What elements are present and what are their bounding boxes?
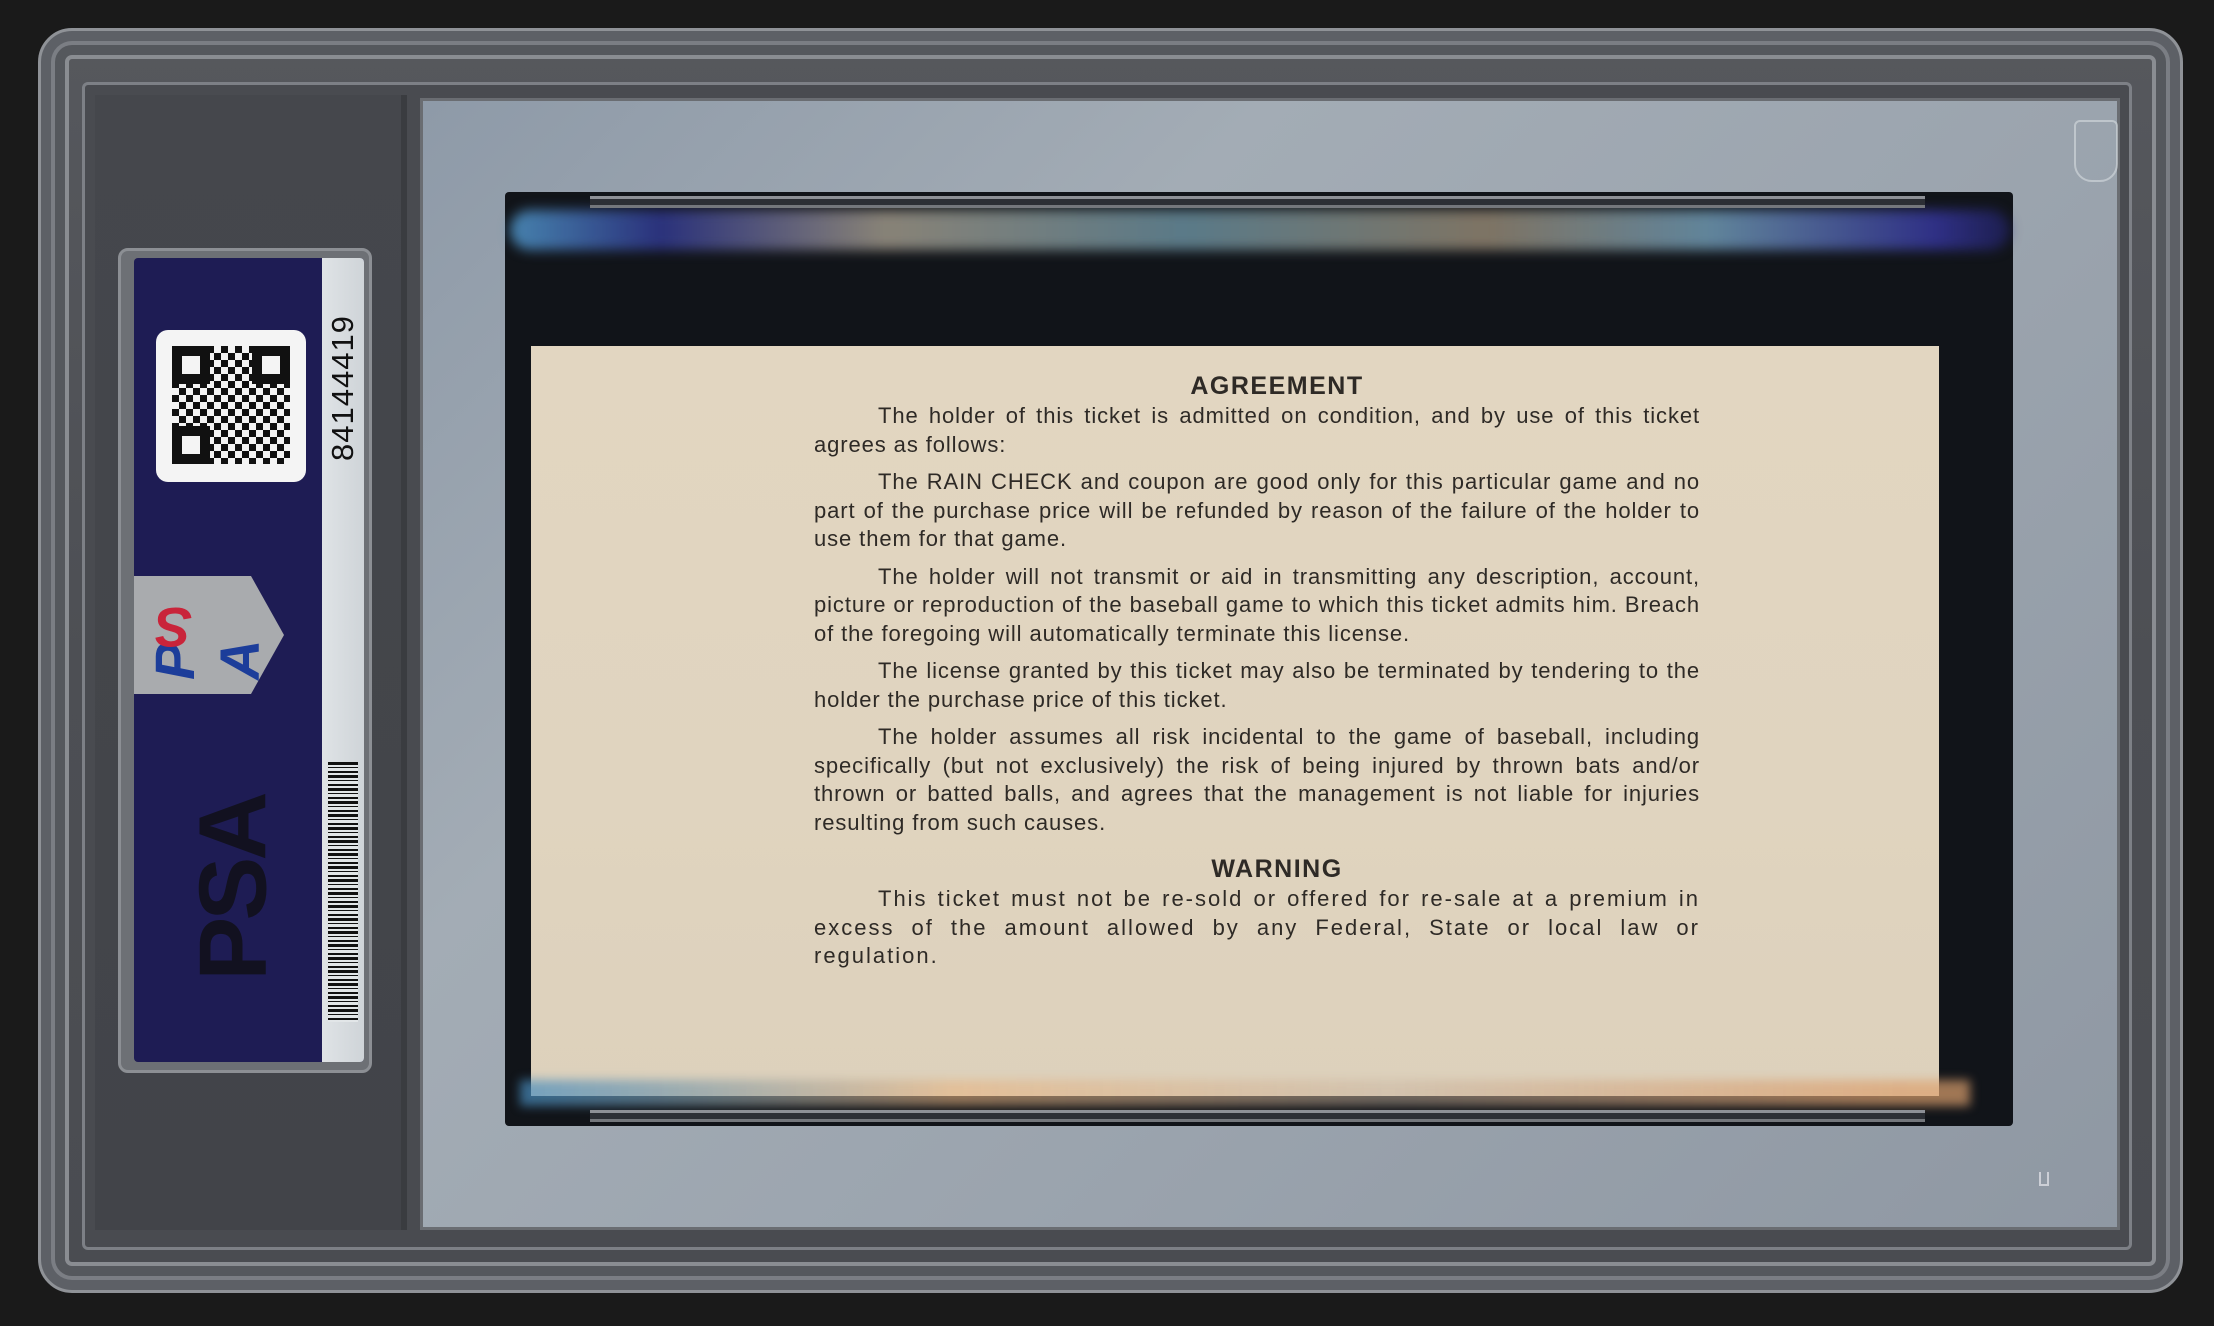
barcode-icon [328, 762, 358, 1022]
sleeve-sheen-top [510, 210, 2010, 250]
agreement-paragraph: The holder will not transmit or aid in t… [814, 563, 1700, 649]
embossed-logo-icon [2074, 120, 2118, 182]
agreement-paragraph: The license granted by this ticket may a… [814, 657, 1700, 714]
sleeve-top-rail [590, 196, 1925, 208]
psa-hologram-text: PSA [179, 795, 289, 980]
psa-label: PSA PSA 84144419 [134, 258, 364, 1062]
agreement-heading: AGREEMENT [814, 372, 1700, 400]
mold-mark-icon [2039, 1172, 2049, 1186]
psa-hologram-icon: PSA [174, 778, 294, 998]
ticket-text: AGREEMENT The holder of this ticket is a… [814, 372, 1700, 980]
cert-number: 84144419 [326, 288, 360, 488]
warning-heading: WARNING [814, 855, 1700, 883]
ticket-back: AGREEMENT The holder of this ticket is a… [531, 346, 1939, 1096]
psa-logo-icon: PSA [134, 576, 284, 694]
sleeve-bottom-rail [590, 1110, 1925, 1122]
agreement-paragraph: The holder assumes all risk incidental t… [814, 723, 1700, 837]
qr-code-icon [156, 330, 306, 482]
qr-code-pattern [172, 346, 290, 464]
psa-logo-text: PSA [142, 590, 272, 680]
warning-paragraph: This ticket must not be re-sold or offer… [814, 885, 1700, 971]
sleeve-sheen-bottom [520, 1080, 1970, 1106]
agreement-paragraph: The RAIN CHECK and coupon are good only … [814, 468, 1700, 554]
agreement-paragraph: The holder of this ticket is admitted on… [814, 402, 1700, 459]
cert-strip: 84144419 [322, 258, 364, 1062]
